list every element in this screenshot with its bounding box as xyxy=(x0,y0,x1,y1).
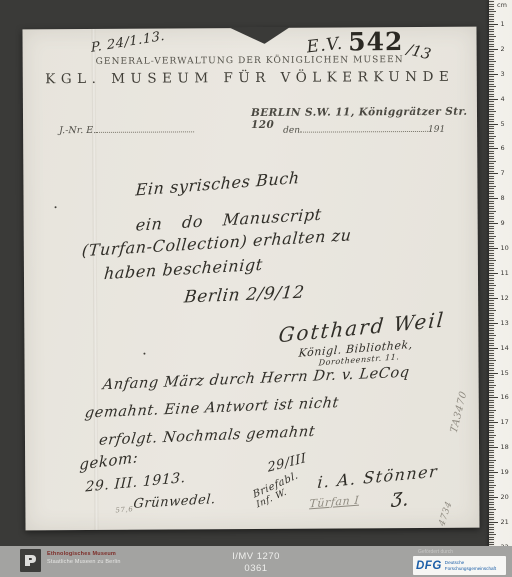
ruler-tick xyxy=(489,16,494,17)
ruler-tick xyxy=(489,502,494,503)
ruler-number: 14 xyxy=(501,344,509,352)
ruler-tick xyxy=(489,519,494,520)
ruler-tick xyxy=(489,250,494,251)
ruler-tick xyxy=(489,532,494,533)
ruler-tick xyxy=(489,161,496,162)
ruler-tick xyxy=(489,238,494,239)
ruler-tick xyxy=(489,358,494,359)
ruler-tick xyxy=(489,41,494,42)
ruler-tick xyxy=(489,24,498,25)
ruler-tick xyxy=(489,280,494,281)
ruler-tick xyxy=(489,141,494,142)
ruler-tick xyxy=(489,323,498,324)
ruler-tick xyxy=(489,507,494,508)
dfg-name-line2: Forschungsgemeinschaft xyxy=(445,566,496,571)
ruler-tick xyxy=(489,206,494,207)
ruler-tick xyxy=(489,355,494,356)
ruler-tick xyxy=(489,295,494,296)
ruler-tick xyxy=(489,66,494,67)
ruler-tick xyxy=(489,380,494,381)
ruler-tick xyxy=(489,440,494,441)
ruler-tick xyxy=(489,1,494,2)
handwritten-reminder-3: erfolgt. Nochmals gemahnt xyxy=(98,424,316,449)
ruler-tick xyxy=(489,99,498,100)
ruler-tick xyxy=(489,350,494,351)
ruler-tick xyxy=(489,183,494,184)
footer-bar: Ethnologisches Museum Staatliche Museen … xyxy=(0,546,512,577)
ruler-number: 8 xyxy=(501,194,505,202)
ruler-tick xyxy=(489,382,494,383)
ruler-tick xyxy=(489,273,498,274)
ruler-tick xyxy=(489,343,494,344)
date-note: 29/III xyxy=(267,451,307,476)
ruler-tick xyxy=(489,348,498,349)
ruler-tick xyxy=(489,467,494,468)
ruler-tick xyxy=(489,226,494,227)
ruler-tick xyxy=(489,288,494,289)
signature-paraph: Ʒ. xyxy=(391,488,410,512)
ruler-tick xyxy=(489,131,494,132)
ruler-tick xyxy=(489,258,494,259)
ruler-tick xyxy=(489,54,494,55)
paper-notch xyxy=(228,27,290,44)
ruler-tick xyxy=(489,96,494,97)
dfg-abbr: DFG xyxy=(416,560,442,572)
ruler-tick xyxy=(489,255,494,256)
ruler-tick xyxy=(489,298,498,299)
ruler-tick xyxy=(489,106,494,107)
ruler: cm 12345678910111213141516171819202122 xyxy=(489,0,512,551)
ruler-tick xyxy=(489,465,494,466)
ruler-tick xyxy=(489,233,494,234)
ruler-tick xyxy=(489,31,494,32)
ruler-tick xyxy=(489,490,494,491)
dfg-full-name: Deutsche Forschungsgemeinschaft xyxy=(445,560,496,571)
letterhead-museum-name: KGL. MUSEUM FÜR VÖLKERKUNDE xyxy=(23,69,477,88)
ruler-tick xyxy=(489,146,494,147)
ruler-tick xyxy=(489,198,498,199)
pencil-turfan-note: Türfan I xyxy=(309,494,360,511)
ruler-tick xyxy=(489,181,494,182)
handwritten-reminder-2: gemahnt. Eine Antwort ist nicht xyxy=(84,395,340,422)
ruler-number: 6 xyxy=(501,144,505,152)
ruler-tick xyxy=(489,353,494,354)
ruler-tick xyxy=(489,79,494,80)
ruler-number: 2 xyxy=(501,45,505,53)
ruler-tick xyxy=(489,412,494,413)
ruler-tick xyxy=(489,410,496,411)
ruler-tick xyxy=(489,368,494,369)
ruler-tick xyxy=(489,178,494,179)
ruler-tick xyxy=(489,340,494,341)
ruler-tick xyxy=(489,91,494,92)
ruler-tick xyxy=(489,328,494,329)
ruler-tick xyxy=(489,427,494,428)
ruler-tick xyxy=(489,497,498,498)
ruler-tick xyxy=(489,275,494,276)
ruler-tick xyxy=(489,121,494,122)
ruler-tick xyxy=(489,64,494,65)
entry-number-block: E.V. 542 /13 xyxy=(306,27,432,57)
ruler-tick xyxy=(489,176,494,177)
pencil-vertical-number-2: 4734 xyxy=(438,500,455,528)
date-label: den xyxy=(283,126,300,136)
ruler-tick xyxy=(489,51,494,52)
ruler-tick xyxy=(489,246,494,247)
ruler-tick xyxy=(489,231,494,232)
ruler-tick xyxy=(489,59,494,60)
ruler-tick xyxy=(489,14,494,15)
ruler-tick xyxy=(489,116,494,117)
ruler-tick xyxy=(489,509,496,510)
ruler-tick xyxy=(489,191,494,192)
ruler-tick xyxy=(489,318,494,319)
stonner-signature: i. A. Stönner xyxy=(317,461,439,492)
ruler-tick xyxy=(489,392,494,393)
received-label: gekom: xyxy=(79,448,139,474)
date-field: den191 xyxy=(283,124,445,136)
ruler-tick xyxy=(489,487,494,488)
ruler-tick xyxy=(489,236,496,237)
ruler-tick xyxy=(489,405,494,406)
ruler-tick xyxy=(489,158,494,159)
ruler-tick xyxy=(489,278,494,279)
ruler-tick xyxy=(489,482,494,483)
ruler-number: 9 xyxy=(501,219,505,227)
ruler-tick xyxy=(489,303,494,304)
ruler-tick xyxy=(489,517,494,518)
journal-number-field: J.-Nr. E. xyxy=(59,124,194,136)
ruler-tick xyxy=(489,203,494,204)
ruler-tick xyxy=(489,470,494,471)
ruler-tick xyxy=(489,201,494,202)
ruler-tick xyxy=(489,109,494,110)
ruler-tick xyxy=(489,524,494,525)
registry-note-top-left: P. 24/1.13. xyxy=(91,29,166,56)
ruler-number: 5 xyxy=(501,120,505,128)
ruler-tick xyxy=(489,81,494,82)
ruler-tick xyxy=(489,400,494,401)
ruler-tick xyxy=(489,216,494,217)
document-sheet: P. 24/1.13. E.V. 542 /13 GENERAL-VERWALT… xyxy=(22,27,479,531)
ruler-tick xyxy=(489,221,494,222)
ruler-tick xyxy=(489,34,494,35)
ruler-number: 18 xyxy=(501,443,509,451)
ruler-number: 20 xyxy=(501,493,509,501)
ruler-tick xyxy=(489,268,494,269)
ruler-tick xyxy=(489,86,496,87)
ruler-tick xyxy=(489,345,494,346)
ruler-tick xyxy=(489,462,494,463)
ruler-tick xyxy=(489,171,494,172)
ruler-tick xyxy=(489,248,498,249)
ruler-tick xyxy=(489,534,496,535)
ruler-number: 7 xyxy=(501,169,505,177)
ruler-tick xyxy=(489,417,494,418)
received-date: 29. III. 1913. xyxy=(85,470,186,496)
ruler-tick xyxy=(489,223,498,224)
ruler-tick xyxy=(489,163,494,164)
handwritten-reminder-1: Anfang März durch Herrn Dr. v. LeCoq xyxy=(102,365,411,394)
ruler-tick xyxy=(489,168,494,169)
ruler-number: 19 xyxy=(501,468,509,476)
ruler-tick xyxy=(489,126,494,127)
ruler-tick xyxy=(489,504,494,505)
ruler-tick xyxy=(489,193,494,194)
ruler-tick xyxy=(489,373,498,374)
dfg-logo-box: DFG Deutsche Forschungsgemeinschaft xyxy=(413,556,506,575)
ruler-number: 3 xyxy=(501,70,505,78)
ruler-tick xyxy=(489,315,494,316)
ruler-tick xyxy=(489,432,494,433)
ruler-tick xyxy=(489,89,494,90)
ruler-number: 4 xyxy=(501,95,505,103)
ruler-tick xyxy=(489,56,494,57)
ruler-tick xyxy=(489,375,494,376)
pencil-small-number: 57,6 xyxy=(115,505,134,514)
ruler-tick xyxy=(489,293,494,294)
ruler-tick xyxy=(489,537,494,538)
ruler-number: 15 xyxy=(501,369,509,377)
ruler-tick xyxy=(489,260,496,261)
ruler-tick xyxy=(489,21,494,22)
ruler-tick xyxy=(489,263,494,264)
ruler-tick xyxy=(489,390,494,391)
ruler-number: 10 xyxy=(501,244,509,252)
ruler-tick xyxy=(489,49,498,50)
ruler-tick xyxy=(489,114,494,115)
ruler-tick xyxy=(489,377,494,378)
ruler-tick xyxy=(489,6,494,7)
ruler-tick xyxy=(489,310,496,311)
ruler-tick xyxy=(489,218,494,219)
pencil-vertical-number-1: TA3470 xyxy=(449,390,469,435)
ruler-tick xyxy=(489,539,494,540)
ruler-tick xyxy=(489,447,498,448)
ruler-tick xyxy=(489,133,494,134)
ruler-tick xyxy=(489,430,494,431)
ruler-tick xyxy=(489,395,494,396)
ruler-tick xyxy=(489,480,494,481)
ruler-tick xyxy=(489,522,498,523)
entry-number: 542 xyxy=(348,27,403,56)
ruler-number: 13 xyxy=(501,319,509,327)
handwritten-date-line: Berlin 2/9/12 xyxy=(183,283,305,308)
ruler-tick xyxy=(489,265,494,266)
ruler-tick xyxy=(489,173,498,174)
ruler-number: 17 xyxy=(501,418,509,426)
ruler-tick xyxy=(489,46,494,47)
journal-number-blank xyxy=(96,124,194,133)
ruler-tick xyxy=(489,514,494,515)
ruler-tick xyxy=(489,213,494,214)
ruler-tick xyxy=(489,495,494,496)
ruler-tick xyxy=(489,437,494,438)
ruler-tick xyxy=(489,4,494,5)
ruler-tick xyxy=(489,69,494,70)
ruler-tick xyxy=(489,442,494,443)
grunwedel-signature: Grünwedel. xyxy=(133,492,217,512)
ruler-tick xyxy=(489,300,494,301)
ruler-number: 12 xyxy=(501,294,509,302)
ruler-tick xyxy=(489,305,494,306)
ruler-number: 21 xyxy=(501,518,509,526)
ruler-tick xyxy=(489,313,494,314)
ruler-tick xyxy=(489,101,494,102)
ruler-tick xyxy=(489,153,494,154)
ruler-tick xyxy=(489,435,496,436)
ruler-tick xyxy=(489,320,494,321)
ruler-tick xyxy=(489,455,494,456)
ruler-tick xyxy=(489,19,494,20)
ruler-tick xyxy=(489,166,494,167)
ruler-tick xyxy=(489,457,494,458)
ruler-tick xyxy=(489,499,494,500)
ruler-tick xyxy=(489,363,494,364)
ruler-tick xyxy=(489,211,496,212)
ruler-tick xyxy=(489,156,494,157)
ruler-tick xyxy=(489,402,494,403)
ruler-unit-label: cm xyxy=(497,1,507,9)
ruler-tick xyxy=(489,124,498,125)
ruler-tick xyxy=(489,71,494,72)
ruler-tick xyxy=(489,333,494,334)
entry-number-prefix: E.V. xyxy=(306,34,345,58)
letterhead-administration: GENERAL-VERWALTUNG DER KÖNIGLICHEN MUSEE… xyxy=(23,55,477,68)
handwritten-line-receipt-4: haben bescheinigt xyxy=(103,255,263,283)
ruler-tick xyxy=(489,208,494,209)
ruler-number: 16 xyxy=(501,393,509,401)
ruler-tick xyxy=(489,228,494,229)
ruler-tick xyxy=(489,44,494,45)
ruler-tick xyxy=(489,542,494,543)
dust-speck xyxy=(143,353,145,355)
journal-number-label: J.-Nr. E. xyxy=(59,125,96,136)
ruler-tick xyxy=(489,452,494,453)
ruler-tick xyxy=(489,151,494,152)
ruler-tick xyxy=(489,407,494,408)
ruler-tick xyxy=(489,11,496,12)
ruler-tick xyxy=(489,415,494,416)
ruler-tick xyxy=(489,136,496,137)
ruler-tick xyxy=(489,285,496,286)
ruler-tick xyxy=(489,397,498,398)
ruler-tick xyxy=(489,472,498,473)
ruler-tick xyxy=(489,143,494,144)
ruler-tick xyxy=(489,61,496,62)
ruler-tick xyxy=(489,138,494,139)
ruler-tick xyxy=(489,477,494,478)
ruler-tick xyxy=(489,148,498,149)
ruler-tick xyxy=(489,36,496,37)
ruler-tick xyxy=(489,76,494,77)
ruler-tick xyxy=(489,512,494,513)
ruler-tick xyxy=(489,450,494,451)
ruler-tick xyxy=(489,84,494,85)
handwritten-line-receipt-1: Ein syrisches Buch xyxy=(135,168,300,200)
ruler-tick xyxy=(489,387,494,388)
ruler-tick xyxy=(489,74,498,75)
handwritten-line-receipt-3: (Turfan-Collection) erhalten zu xyxy=(81,225,352,260)
ruler-tick xyxy=(489,492,494,493)
ruler-tick xyxy=(489,253,494,254)
ruler-tick xyxy=(489,365,494,366)
ruler-tick xyxy=(489,128,494,129)
ruler-tick xyxy=(489,39,494,40)
dust-speck xyxy=(55,206,57,208)
ruler-number: 1 xyxy=(501,20,505,28)
ruler-tick xyxy=(489,425,494,426)
ruler-tick xyxy=(489,529,494,530)
ruler-tick xyxy=(489,119,494,120)
ruler-tick xyxy=(489,29,494,30)
ruler-tick xyxy=(489,26,494,27)
ruler-tick xyxy=(489,270,494,271)
scanned-document-page: { "annotations": { "top_left_note": "P. … xyxy=(0,0,512,577)
ruler-tick xyxy=(489,9,494,10)
ruler-tick xyxy=(489,422,498,423)
ruler-tick xyxy=(489,243,494,244)
funding-note: Gefördert durch xyxy=(418,549,453,555)
ruler-tick xyxy=(489,527,494,528)
date-blank xyxy=(300,124,428,133)
year-prefix: 191 xyxy=(428,125,445,135)
ruler-tick xyxy=(489,370,494,371)
ruler-tick xyxy=(489,420,494,421)
ruler-tick xyxy=(489,283,494,284)
ruler-tick xyxy=(489,338,494,339)
ruler-tick xyxy=(489,485,496,486)
ruler-number: 11 xyxy=(501,269,509,277)
ruler-tick xyxy=(489,241,494,242)
ruler-tick xyxy=(489,188,494,189)
ruler-tick xyxy=(489,325,494,326)
ruler-tick xyxy=(489,475,494,476)
ruler-tick xyxy=(489,104,494,105)
ruler-tick xyxy=(489,335,496,336)
ruler-tick xyxy=(489,111,496,112)
ruler-tick xyxy=(489,186,496,187)
ruler-tick xyxy=(489,308,494,309)
ruler-tick xyxy=(489,290,494,291)
ruler-tick xyxy=(489,385,496,386)
ruler-tick xyxy=(489,94,494,95)
ruler-tick xyxy=(489,460,496,461)
ruler-tick xyxy=(489,445,494,446)
ruler-tick xyxy=(489,196,494,197)
ruler-tick xyxy=(489,330,494,331)
ruler-tick xyxy=(489,360,496,361)
